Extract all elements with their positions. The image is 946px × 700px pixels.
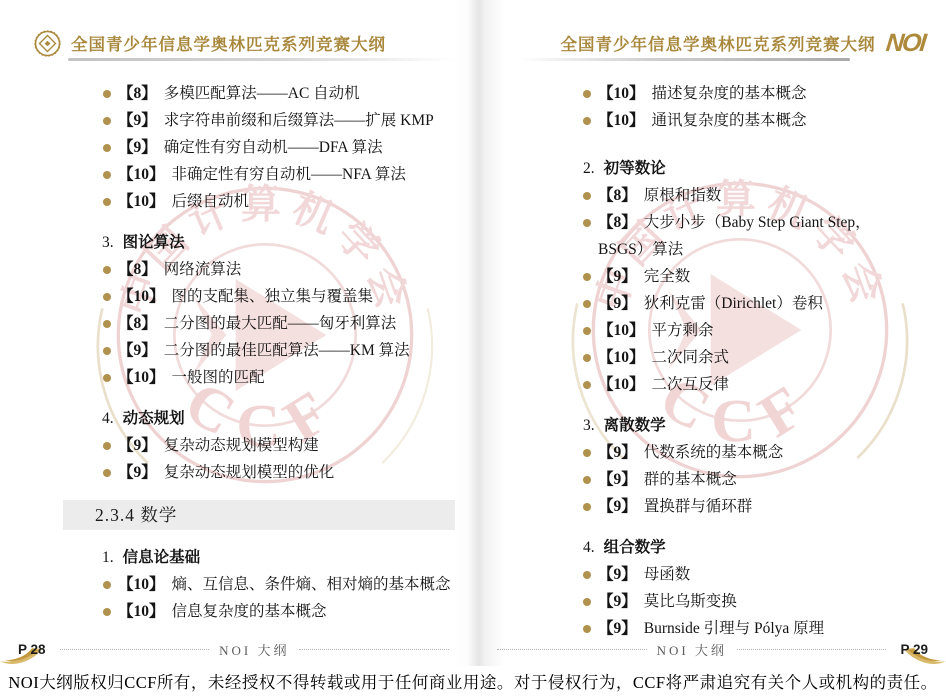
bullet-icon	[103, 198, 111, 206]
list-item: 【10】通讯复杂度的基本概念	[473, 107, 946, 134]
bullet-icon	[103, 266, 111, 274]
bullet-icon	[583, 571, 591, 579]
grade-tag: 【10】	[598, 112, 645, 129]
item-text: 一般图的匹配	[172, 369, 265, 386]
item-text: Burnside 引理与 Pólya 原理	[644, 620, 824, 637]
grade-tag: 【10】	[118, 193, 165, 210]
page-header: 全国青少年信息学奥林匹克系列竞赛大纲 NOI	[473, 28, 946, 58]
item-text: 母函数	[644, 566, 691, 583]
page-left: 全国青少年信息学奥林匹克系列竞赛大纲 中国计算机学会 CCF 【8】多模匹配算法…	[0, 0, 473, 666]
item-text: 非确定性有穷自动机——NFA 算法	[172, 166, 406, 183]
list-item: 【8】大步小步（Baby Step Giant Step，BSGS）算法	[473, 209, 946, 263]
grade-tag: 【10】	[598, 376, 645, 393]
item-text: 确定性有穷自动机——DFA 算法	[164, 139, 383, 156]
item-text: 原根和指数	[644, 187, 722, 204]
footer-dotted-line	[60, 648, 210, 650]
item-text: 二次同余式	[652, 349, 730, 366]
section-heading: 1.信息论基础	[0, 544, 473, 571]
grade-tag: 【9】	[598, 471, 637, 488]
bullet-icon	[103, 442, 111, 450]
item-text: 求字符串前缀和后缀算法——扩展 KMP	[164, 112, 434, 129]
item-text: 后缀自动机	[172, 193, 250, 210]
bullet-icon	[583, 381, 591, 389]
item-text: 二次互反律	[652, 376, 730, 393]
page-header-title: 全国青少年信息学奥林匹克系列竞赛大纲	[71, 31, 386, 55]
grade-tag: 【9】	[118, 112, 157, 129]
section-number: 1.	[102, 549, 114, 566]
bullet-icon	[103, 608, 111, 616]
footer-dotted-line	[299, 648, 449, 650]
footer-center-label: NOI 大纲	[657, 640, 727, 659]
list-item: 【9】二分图的最佳匹配算法——KM 算法	[0, 337, 473, 364]
item-text: 复杂动态规划模型的优化	[164, 464, 335, 481]
bullet-icon	[103, 374, 111, 382]
list-item: 【9】莫比乌斯变换	[473, 588, 946, 615]
list-item: 【10】二次互反律	[473, 371, 946, 398]
grade-tag: 【9】	[598, 593, 637, 610]
bullet-icon	[583, 300, 591, 308]
list-item: 【10】非确定性有穷自动机——NFA 算法	[0, 161, 473, 188]
page-number-label: P 29	[900, 642, 928, 657]
page-right: 全国青少年信息学奥林匹克系列竞赛大纲 NOI 中国计算机学会 CCF 【10】描…	[473, 0, 946, 666]
list-item: 【9】代数系统的基本概念	[473, 439, 946, 466]
item-text: 描述复杂度的基本概念	[652, 85, 807, 102]
grade-tag: 【10】	[598, 85, 645, 102]
list-item: 【9】置换群与循环群	[473, 493, 946, 520]
bullet-icon	[103, 581, 111, 589]
list-item: 【9】母函数	[473, 561, 946, 588]
page-header: 全国青少年信息学奥林匹克系列竞赛大纲	[0, 28, 473, 58]
grade-tag: 【10】	[118, 288, 165, 305]
list-item: 【9】狄利克雷（Dirichlet）卷积	[473, 290, 946, 317]
footer-dotted-line	[497, 648, 647, 650]
item-text: 代数系统的基本概念	[644, 444, 784, 461]
section-title: 动态规划	[123, 410, 185, 427]
item-text: 二分图的最佳匹配算法——KM 算法	[164, 342, 410, 359]
section-number: 2.	[583, 160, 595, 177]
page-footer: P 28 NOI 大纲	[0, 636, 473, 662]
list-item: 【9】完全数	[473, 263, 946, 290]
bullet-icon	[583, 327, 591, 335]
page-number-badge: P 29	[896, 642, 932, 657]
page-footer: NOI 大纲 P 29	[473, 636, 946, 662]
section-number: 3.	[102, 234, 114, 251]
item-text: 平方剩余	[652, 322, 714, 339]
list-item: 【8】原根和指数	[473, 182, 946, 209]
item-text: 大步小步（Baby Step Giant Step，BSGS）算法	[598, 214, 871, 258]
list-item: 【10】后缀自动机	[0, 188, 473, 215]
bullet-icon	[583, 273, 591, 281]
list-item: 【10】熵、互信息、条件熵、相对熵的基本概念	[0, 571, 473, 598]
noi-logo: NOI	[884, 31, 925, 56]
list-item: 【8】多模匹配算法——AC 自动机	[0, 80, 473, 107]
grade-tag: 【9】	[598, 295, 637, 312]
grade-tag: 【8】	[118, 85, 157, 102]
list-item: 【9】复杂动态规划模型的优化	[0, 459, 473, 486]
bullet-icon	[103, 469, 111, 477]
bullet-icon	[583, 598, 591, 606]
grade-tag: 【8】	[598, 214, 637, 231]
page-content: 【8】多模匹配算法——AC 自动机 【9】求字符串前缀和后缀算法——扩展 KMP…	[0, 80, 473, 625]
item-text: 多模匹配算法——AC 自动机	[164, 85, 360, 102]
item-text: 莫比乌斯变换	[644, 593, 737, 610]
grade-tag: 【9】	[598, 566, 637, 583]
list-item: 【9】求字符串前缀和后缀算法——扩展 KMP	[0, 107, 473, 134]
grade-tag: 【8】	[598, 187, 637, 204]
item-text: 信息复杂度的基本概念	[172, 603, 327, 620]
section-heading: 3.离散数学	[473, 412, 946, 439]
footer-dotted-line	[737, 648, 887, 650]
list-item: 【10】信息复杂度的基本概念	[0, 598, 473, 625]
bullet-icon	[103, 117, 111, 125]
list-item: 【10】平方剩余	[473, 317, 946, 344]
section-heading: 4.动态规划	[0, 405, 473, 432]
section-title: 图论算法	[123, 234, 185, 251]
page-number-badge: P 28	[14, 642, 50, 657]
ccf-seal-icon	[34, 30, 61, 57]
bullet-icon	[103, 90, 111, 98]
list-item: 【8】二分图的最大匹配——匈牙利算法	[0, 310, 473, 337]
grade-tag: 【9】	[598, 620, 637, 637]
bullet-icon	[583, 219, 591, 227]
item-text: 狄利克雷（Dirichlet）卷积	[644, 295, 823, 312]
page-header-title: 全国青少年信息学奥林匹克系列竞赛大纲	[561, 31, 876, 55]
item-text: 复杂动态规划模型构建	[164, 437, 319, 454]
page-content: 【10】描述复杂度的基本概念 【10】通讯复杂度的基本概念 2.初等数论 【8】…	[473, 80, 946, 642]
section-heading: 3.图论算法	[0, 229, 473, 256]
list-item: 【10】二次同余式	[473, 344, 946, 371]
footer-center-label: NOI 大纲	[219, 640, 289, 659]
grade-tag: 【8】	[118, 261, 157, 278]
bullet-icon	[583, 192, 591, 200]
grade-tag: 【9】	[118, 342, 157, 359]
bullet-icon	[103, 293, 111, 301]
bullet-icon	[583, 476, 591, 484]
section-title: 离散数学	[604, 417, 666, 434]
bullet-icon	[583, 354, 591, 362]
item-text: 通讯复杂度的基本概念	[652, 112, 807, 129]
bullet-icon	[583, 449, 591, 457]
bullet-icon	[583, 625, 591, 633]
list-item: 【9】确定性有穷自动机——DFA 算法	[0, 134, 473, 161]
bullet-icon	[583, 90, 591, 98]
grade-tag: 【9】	[598, 498, 637, 515]
item-text: 群的基本概念	[644, 471, 737, 488]
item-text: 图的支配集、独立集与覆盖集	[172, 288, 374, 305]
list-item: 【8】网络流算法	[0, 256, 473, 283]
section-number: 4.	[102, 410, 114, 427]
list-item: 【10】描述复杂度的基本概念	[473, 80, 946, 107]
section-number: 4.	[583, 539, 595, 556]
item-text: 完全数	[644, 268, 691, 285]
grade-tag: 【10】	[118, 369, 165, 386]
bullet-icon	[103, 171, 111, 179]
header-divider	[68, 58, 455, 61]
list-item: 【10】一般图的匹配	[0, 364, 473, 391]
section-heading: 2.初等数论	[473, 155, 946, 182]
bullet-icon	[583, 117, 591, 125]
item-text: 置换群与循环群	[644, 498, 753, 515]
bullet-icon	[583, 503, 591, 511]
grade-tag: 【8】	[118, 315, 157, 332]
bullet-icon	[103, 144, 111, 152]
section-heading: 4.组合数学	[473, 534, 946, 561]
list-item: 【10】图的支配集、独立集与覆盖集	[0, 283, 473, 310]
grade-tag: 【10】	[598, 322, 645, 339]
item-text: 二分图的最大匹配——匈牙利算法	[164, 315, 397, 332]
grade-tag: 【9】	[118, 139, 157, 156]
item-text: 熵、互信息、条件熵、相对熵的基本概念	[172, 576, 451, 593]
copyright-notice: NOI大纲版权归CCF所有，未经授权不得转载或用于任何商业用途。对于侵权行为，C…	[0, 669, 946, 693]
item-text: 网络流算法	[164, 261, 242, 278]
grade-tag: 【9】	[118, 464, 157, 481]
grade-tag: 【9】	[598, 444, 637, 461]
chapter-heading-bar: 2.3.4 数学	[63, 500, 455, 530]
grade-tag: 【10】	[118, 603, 165, 620]
grade-tag: 【10】	[118, 166, 165, 183]
list-item: 【9】群的基本概念	[473, 466, 946, 493]
bullet-icon	[103, 347, 111, 355]
list-item: 【9】复杂动态规划模型构建	[0, 432, 473, 459]
grade-tag: 【9】	[118, 437, 157, 454]
bullet-icon	[103, 320, 111, 328]
page-number-label: P 28	[18, 642, 46, 657]
section-title: 信息论基础	[123, 549, 201, 566]
header-divider	[517, 58, 850, 61]
section-title: 组合数学	[604, 539, 666, 556]
grade-tag: 【10】	[598, 349, 645, 366]
section-title: 初等数论	[604, 160, 666, 177]
grade-tag: 【10】	[118, 576, 165, 593]
section-number: 3.	[583, 417, 595, 434]
grade-tag: 【9】	[598, 268, 637, 285]
